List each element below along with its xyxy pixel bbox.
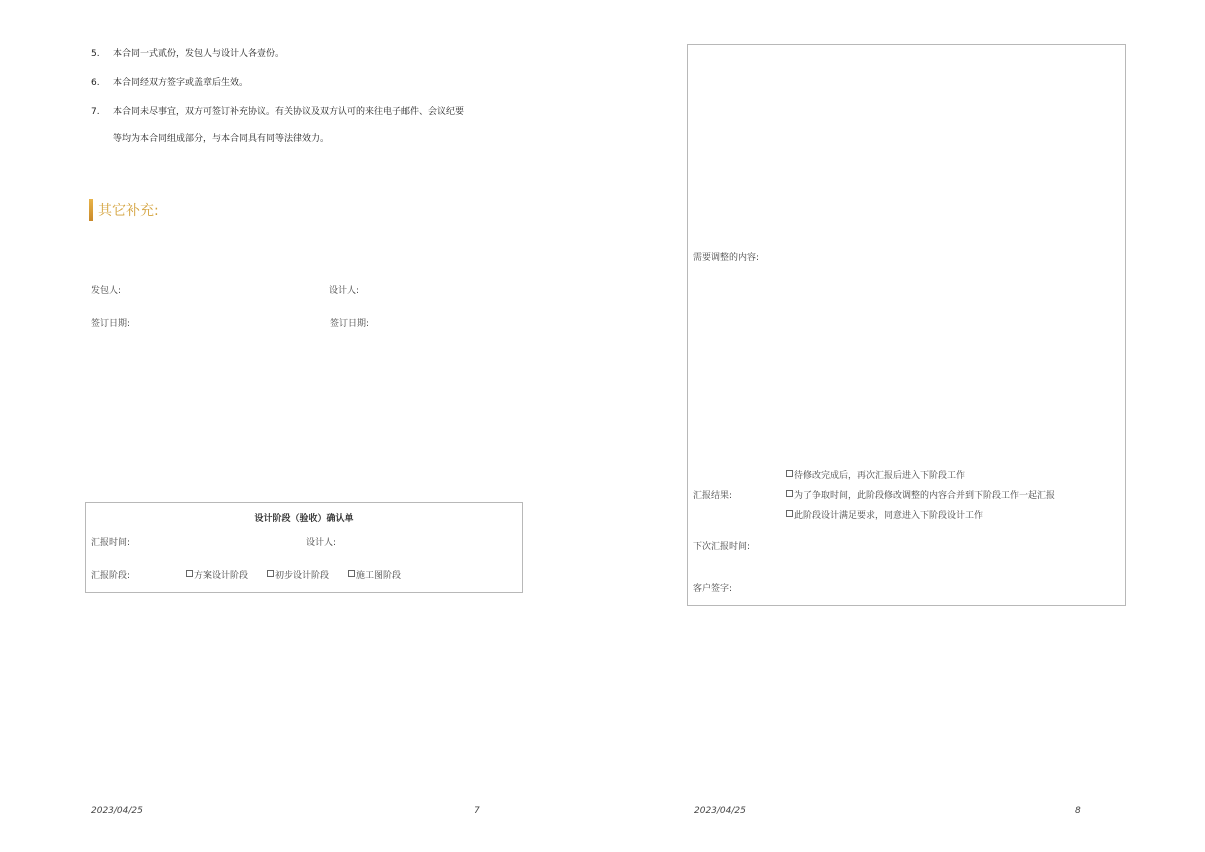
next-report-time-label: 下次汇报时间: [693,539,750,552]
adjust-content-label: 需要调整的内容: [693,250,759,263]
designer-date-label: 签订日期: [330,316,369,329]
checkbox-icon[interactable] [267,570,274,577]
page-7 [0,0,602,852]
stage-option-construction[interactable]: 施工图阶段 [348,568,401,581]
client-date-label: 签订日期: [91,316,130,329]
result-option-revise[interactable]: 待修改完成后，再次汇报后进入下阶段工作 [786,468,965,481]
stage-option-scheme[interactable]: 方案设计阶段 [186,568,248,581]
checkbox-icon[interactable] [186,570,193,577]
report-result-label: 汇报结果: [693,488,732,501]
client-label: 发包人: [91,283,121,296]
clause-text: 本合同未尽事宜，双方可签订补充协议。有关协议及双方认可的来往电子邮件、会议纪要 [113,106,464,118]
section-title: 其它补充: [98,200,159,220]
clause-5: 5.本合同一式贰份，发包人与设计人各壹份。 [91,48,284,60]
checkbox-icon[interactable] [786,490,793,497]
review-form: 需要调整的内容: 待修改完成后，再次汇报后进入下阶段工作 汇报结果: 为了争取时… [687,44,1126,606]
section-accent-bar [89,199,93,221]
section-heading: 其它补充: [89,199,159,221]
clause-text: 本合同经双方签字或盖章后生效。 [113,77,248,89]
clause-number: 5. [91,48,113,60]
footer-date: 2023/04/25 [694,806,746,816]
page-number: 8 [1075,806,1081,816]
clause-text: 本合同一式贰份，发包人与设计人各壹份。 [113,48,284,60]
report-time-label: 汇报时间: [91,535,130,548]
clause-number: 7. [91,106,113,118]
confirm-form-title: 设计阶段（验收）确认单 [86,511,522,524]
confirm-form: 设计阶段（验收）确认单 汇报时间: 设计人: 汇报阶段: 方案设计阶段 初步设计… [85,502,523,593]
clause-6: 6.本合同经双方签字或盖章后生效。 [91,77,248,89]
designer-label: 设计人: [329,283,359,296]
report-stage-label: 汇报阶段: [91,568,130,581]
clause-7: 7.本合同未尽事宜，双方可签订补充协议。有关协议及双方认可的来往电子邮件、会议纪… [91,106,464,118]
checkbox-icon[interactable] [786,470,793,477]
clause-7-continuation: 等均为本合同组成部分，与本合同具有同等法律效力。 [113,131,329,144]
page-number: 7 [474,806,480,816]
checkbox-icon[interactable] [348,570,355,577]
stage-option-preliminary[interactable]: 初步设计阶段 [267,568,329,581]
checkbox-icon[interactable] [786,510,793,517]
result-option-approve[interactable]: 此阶段设计满足要求，同意进入下阶段设计工作 [786,508,983,521]
result-option-merge[interactable]: 为了争取时间，此阶段修改调整的内容合并到下阶段工作一起汇报 [786,488,1055,501]
form-designer-label: 设计人: [306,535,336,548]
client-signature-label: 客户签字: [693,581,732,594]
footer-date: 2023/04/25 [91,806,143,816]
clause-number: 6. [91,77,113,89]
